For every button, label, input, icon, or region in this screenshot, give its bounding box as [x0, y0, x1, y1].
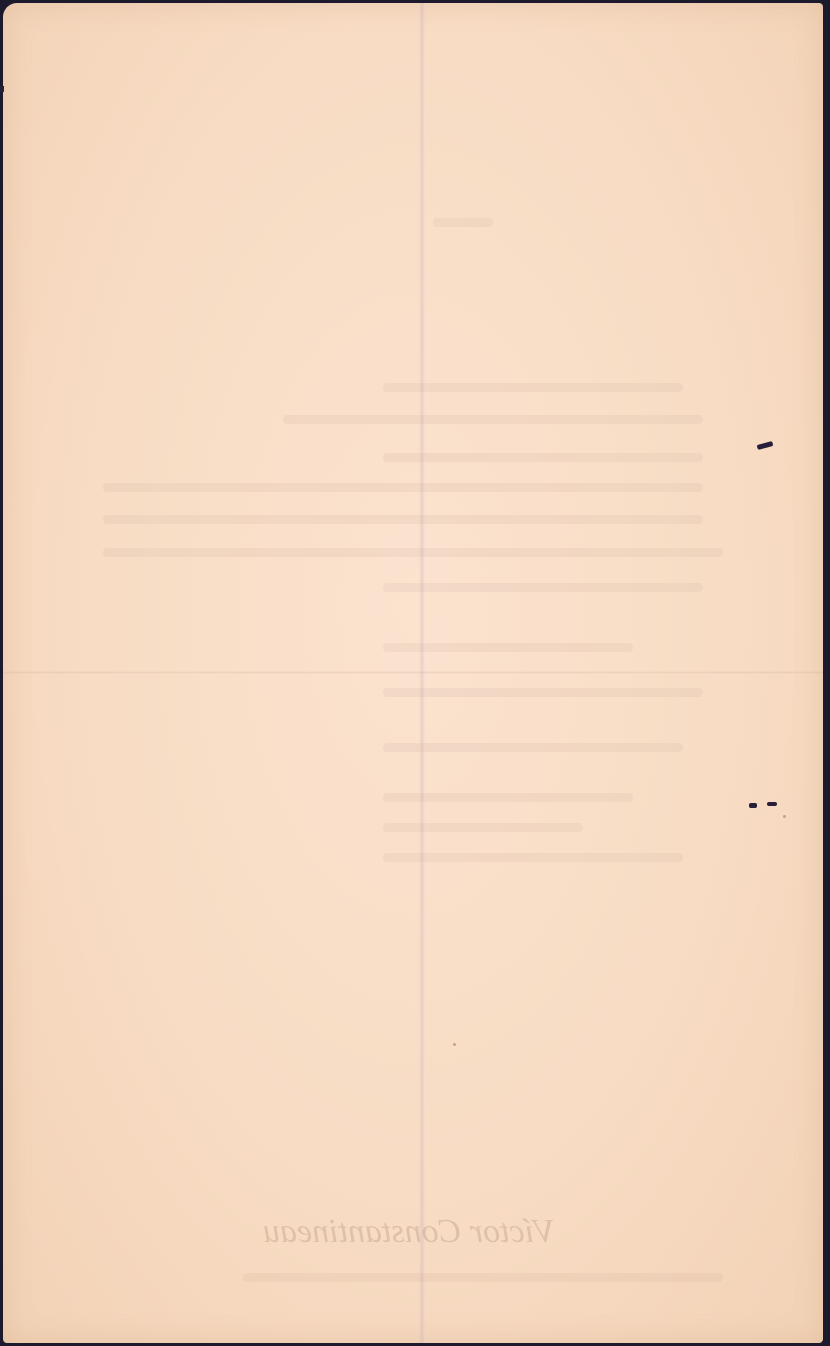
ink-mark [749, 803, 757, 808]
ink-mark [757, 441, 774, 450]
mirrored-signature: Víctor Constantineau [263, 1213, 555, 1251]
paper-sheet: Víctor Constantineau [3, 3, 823, 1343]
ink-mark [767, 802, 777, 806]
edge-mark [0, 86, 4, 92]
horizontal-fold-line [3, 671, 823, 674]
